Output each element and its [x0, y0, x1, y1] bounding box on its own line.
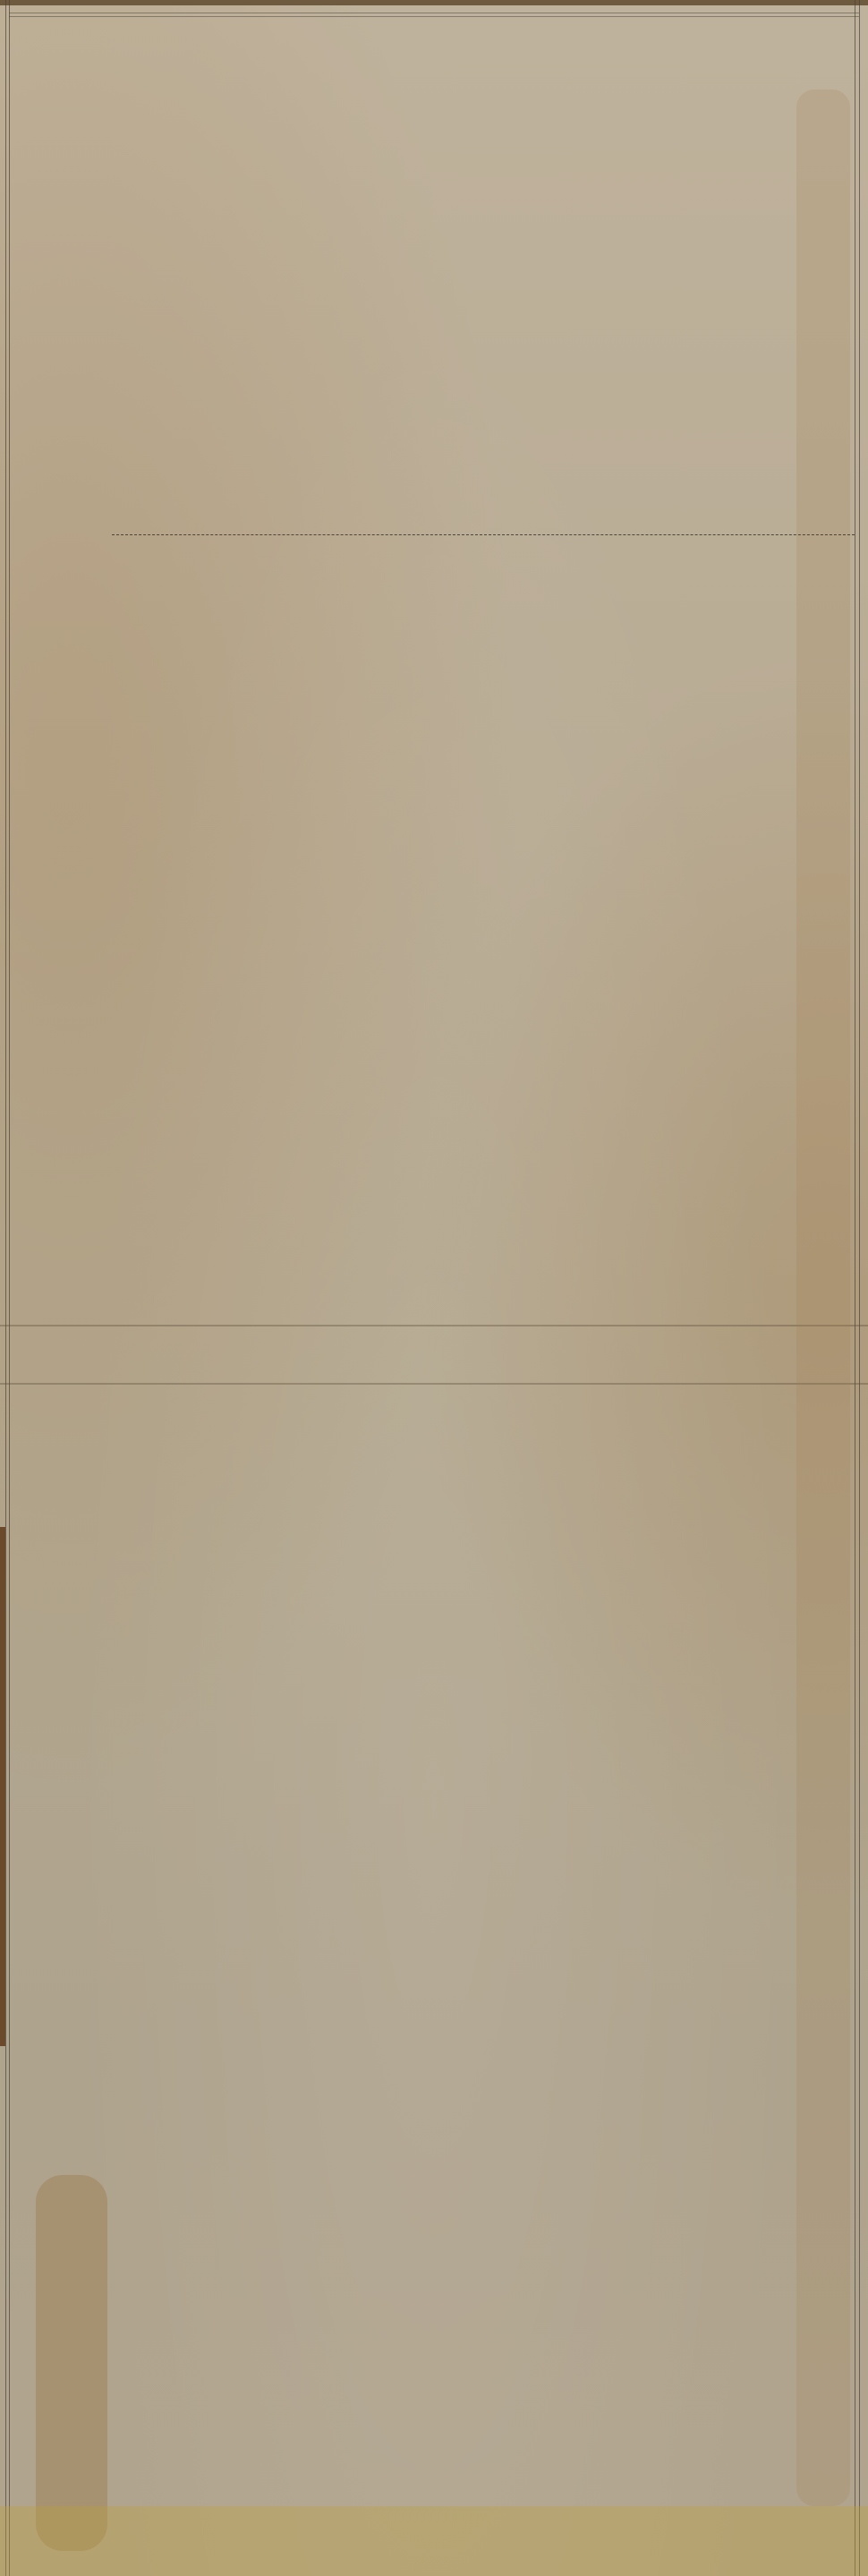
right-border-rule	[859, 0, 860, 2576]
top-edge	[0, 0, 868, 5]
left-border-rule	[9, 0, 10, 2576]
fill-line	[112, 534, 855, 535]
right-border-rule	[855, 0, 855, 2576]
top-border-rule	[9, 16, 859, 17]
foxing-stain	[0, 2506, 868, 2576]
foxing-stain	[36, 2175, 107, 2551]
page-fold	[0, 1325, 868, 1326]
foxing-stain	[796, 90, 850, 2506]
left-border-rule	[5, 0, 6, 2576]
page-fold	[0, 1383, 868, 1385]
document-page	[0, 0, 868, 2576]
top-border-rule	[9, 13, 859, 13]
page-edge-shadow	[0, 1527, 5, 2046]
